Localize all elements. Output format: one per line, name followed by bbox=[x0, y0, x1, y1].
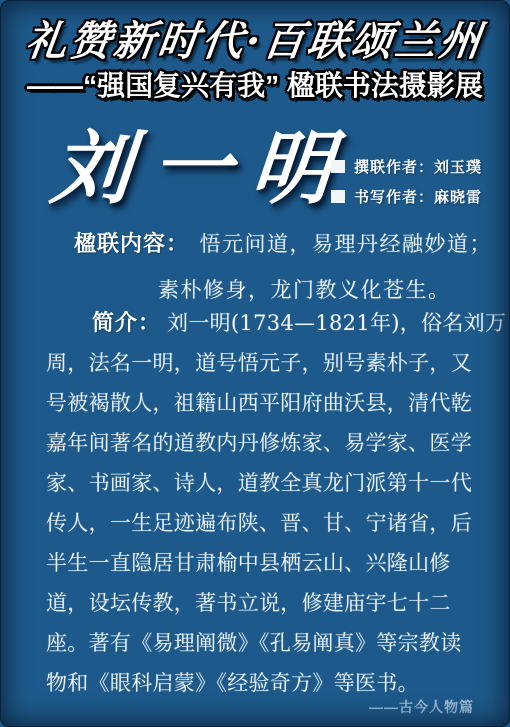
couplet-first-line: 悟元问道，易理丹经融妙道； bbox=[199, 232, 492, 256]
couplet-section: 楹联内容： 悟元问道，易理丹经融妙道； 素朴修身，龙门教义化苍生。 bbox=[74, 227, 492, 304]
couplet-content-label: 楹联内容： bbox=[74, 231, 189, 256]
biography-line: 嘉年间著名的道教内丹修炼家、易学家、医学 bbox=[46, 423, 468, 463]
biography-line: 传人，一生足迹遍布陕、晋、甘、宁诸省，后 bbox=[46, 503, 468, 543]
couplet-author-row: 撰联作者：刘玉璞 bbox=[331, 156, 482, 177]
bullet-square-icon bbox=[331, 160, 345, 173]
exhibition-title: 礼赞新时代·百联颂兰州 bbox=[0, 8, 510, 67]
exhibition-poster: 礼赞新时代·百联颂兰州 ——“强国复兴有我” 楹联书法摄影展 刘一明 撰联作者：… bbox=[0, 0, 510, 727]
bullet-square-icon bbox=[331, 190, 345, 203]
biography-text: 刘一明(1734—1821年)，俗名刘万 bbox=[167, 311, 506, 335]
biography-line: 家、书画家、诗人，道教全真龙门派第十一代 bbox=[46, 463, 468, 503]
biography-line: 号被褐散人，祖籍山西平阳府曲沃县，清代乾 bbox=[46, 383, 468, 423]
biography-section: 简介：刘一明(1734—1821年)，俗名刘万 周，法名一明，道号悟元子，别号素… bbox=[46, 303, 468, 703]
couplet-author-label: 撰联作者：刘玉璞 bbox=[354, 156, 482, 177]
exhibition-subtitle: ——“强国复兴有我” 楹联书法摄影展 bbox=[0, 64, 510, 104]
calligrapher-label: 书写作者：麻晓雷 bbox=[354, 186, 482, 207]
biography-line: 半生一直隐居甘肃榆中县栖云山、兴隆山修 bbox=[46, 543, 468, 583]
biography-line: 座。著有《易理阐微》《孔易阐真》等宗教读 bbox=[46, 623, 468, 663]
biography-line: 道，设坛传教，著书立说，修建庙宇七十二 bbox=[46, 583, 468, 623]
person-name-calligraphy: 刘一明 bbox=[47, 104, 357, 219]
series-label: ——古今人物篇 bbox=[369, 697, 474, 717]
biography-line: 周，法名一明，道号悟元子，别号素朴子，又 bbox=[46, 343, 468, 383]
couplet-second-line: 素朴修身，龙门教义化苍生。 bbox=[158, 274, 492, 304]
biography-line: 简介：刘一明(1734—1821年)，俗名刘万 bbox=[46, 303, 468, 343]
author-credits: 撰联作者：刘玉璞 书写作者：麻晓雷 bbox=[331, 156, 482, 216]
biography-label: 简介： bbox=[92, 310, 161, 335]
couplet-line-1: 楹联内容： 悟元问道，易理丹经融妙道； bbox=[74, 227, 492, 258]
calligrapher-row: 书写作者：麻晓雷 bbox=[331, 186, 482, 207]
